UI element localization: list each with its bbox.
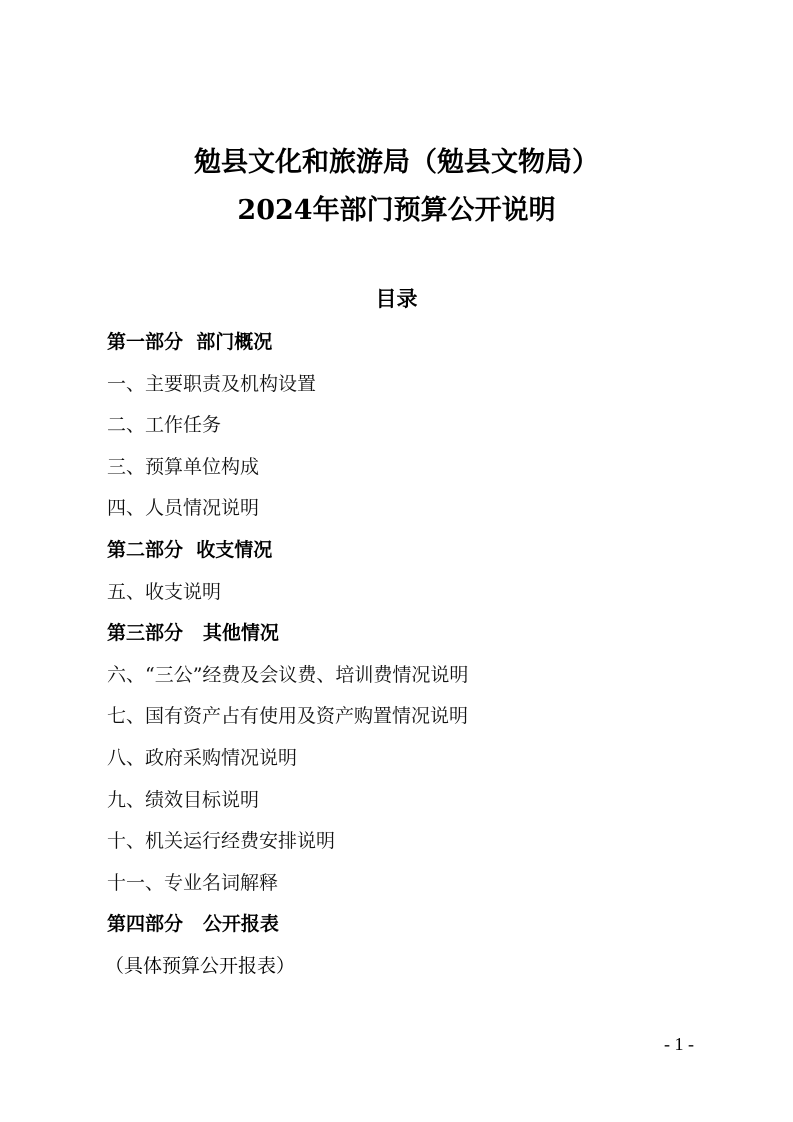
toc-item-5: 五、收支说明	[107, 575, 468, 617]
table-of-contents: 第一部分 部门概况 一、主要职责及机构设置 二、工作任务 三、预算单位构成 四、…	[107, 325, 468, 991]
toc-part-4: 第四部分 公开报表	[107, 907, 468, 949]
toc-item-10: 十、机关运行经费安排说明	[107, 824, 468, 866]
toc-item-2: 二、工作任务	[107, 408, 468, 450]
toc-item-9: 九、绩效目标说明	[107, 783, 468, 825]
toc-heading: 目录	[0, 283, 793, 315]
toc-item-1: 一、主要职责及机构设置	[107, 367, 468, 409]
toc-note: （具体预算公开报表）	[105, 949, 468, 991]
document-title-line1: 勉县文化和旅游局（勉县文物局）	[0, 143, 793, 183]
toc-item-4: 四、人员情况说明	[107, 491, 468, 533]
page-number: - 1 -	[664, 1033, 694, 1055]
toc-item-3: 三、预算单位构成	[107, 450, 468, 492]
toc-item-6: 六、“三公”经费及会议费、培训费情况说明	[107, 658, 468, 700]
toc-item-8: 八、政府采购情况说明	[107, 741, 468, 783]
document-title-line2: 2024年部门预算公开说明	[0, 191, 793, 231]
toc-part-3: 第三部分 其他情况	[107, 616, 468, 658]
toc-item-7: 七、国有资产占有使用及资产购置情况说明	[107, 699, 468, 741]
toc-item-11: 十一、专业名词解释	[107, 866, 468, 908]
toc-part-2: 第二部分 收支情况	[107, 533, 468, 575]
toc-part-1: 第一部分 部门概况	[107, 325, 468, 367]
